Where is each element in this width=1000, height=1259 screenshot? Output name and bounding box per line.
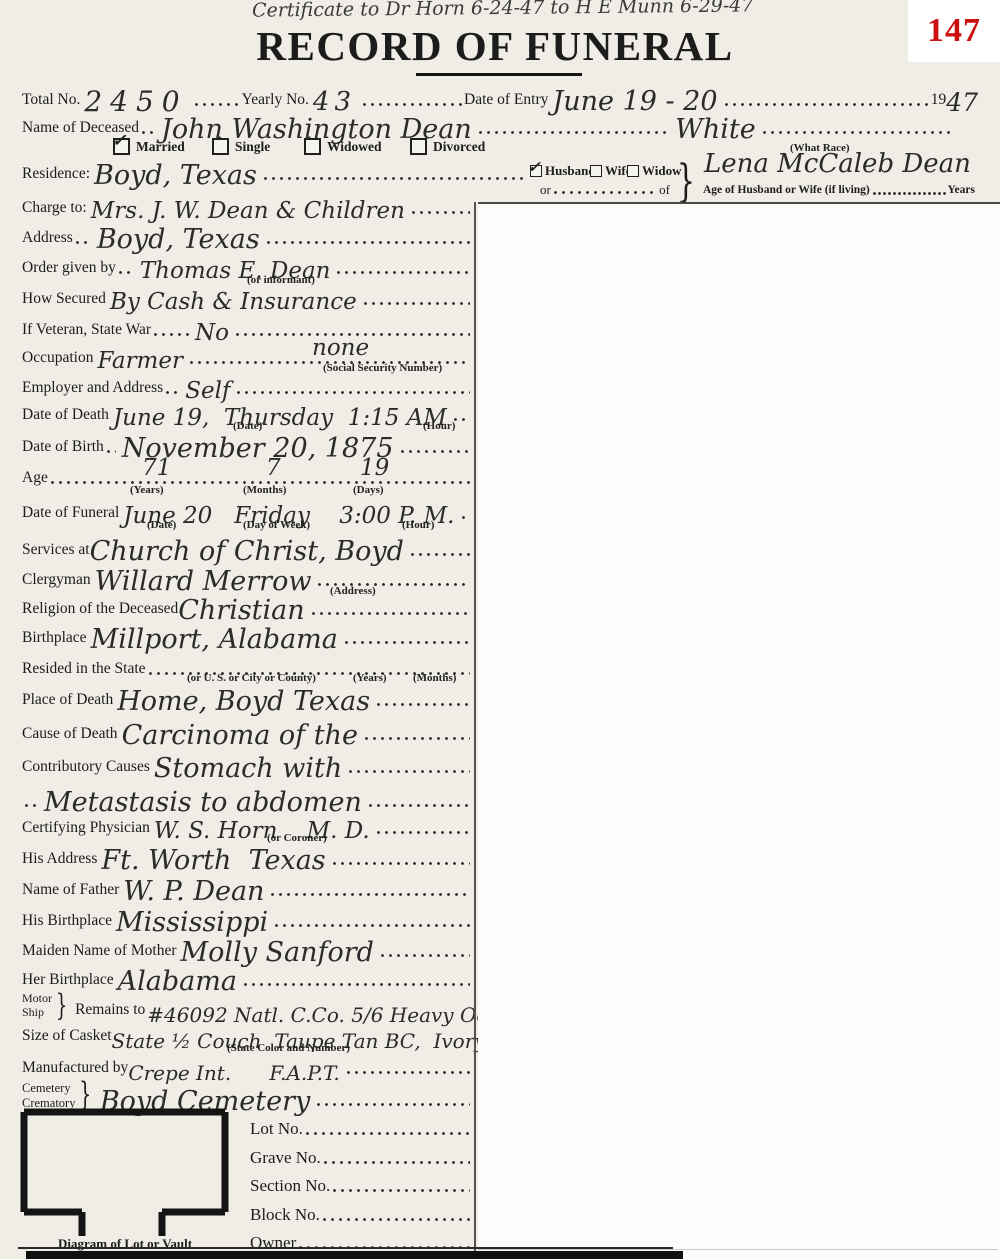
- divorced-checkbox-box: [410, 138, 427, 155]
- birthplace-row: Birthplace Millport, Alabama: [22, 622, 472, 648]
- divorced-label: Divorced: [433, 139, 485, 155]
- father-name-label: Name of Father: [22, 881, 119, 900]
- cause-of-death-row: Cause of Death Carcinoma of the: [22, 718, 472, 744]
- dotted-leader: [478, 130, 669, 135]
- cemetery-row: Cemetery Crematory } Boyd Cemetery: [22, 1076, 472, 1110]
- printed-rule: [416, 73, 582, 76]
- charge-to-value: Mrs. J. W. Dean & Children: [91, 201, 405, 222]
- mother-name-row: Maiden Name of Mother Molly Sanford: [22, 935, 472, 961]
- lot-no-row: Lot No.: [250, 1113, 472, 1139]
- single-label: Single: [235, 139, 270, 155]
- dotted-leader: [410, 552, 470, 557]
- cemetery-label: Cemetery: [22, 1081, 75, 1095]
- dotted-leader: [263, 176, 523, 181]
- residence-value: Boyd, Texas: [94, 164, 257, 188]
- certifying-physician-value: W. S. Horn M. D.: [154, 821, 370, 842]
- date-of-birth-row: Date of Birth November 20, 1875: [22, 431, 472, 457]
- remains-to-label: Remains to: [75, 1001, 145, 1020]
- entry-row: Total No. 2450 Yearly No. 43 Date of Ent…: [22, 84, 978, 110]
- date-of-death-label: Date of Death: [22, 406, 109, 425]
- dotted-leader: [346, 1070, 470, 1075]
- employer-label: Employer and Address: [22, 379, 163, 398]
- checkbox-divorced: Divorced: [410, 138, 485, 155]
- checkbox-widowed: Widowed: [304, 138, 382, 155]
- clergyman-label: Clergyman: [22, 571, 91, 590]
- remains-to-row: Motor Ship } Remains to #46092 Natl. C.C…: [22, 988, 472, 1020]
- bottom-faint-line: [478, 1249, 998, 1250]
- single-checkbox-box: [212, 138, 229, 155]
- veteran-value: No: [195, 323, 229, 344]
- dotted-leader: [376, 702, 470, 707]
- ssn-value: none: [312, 338, 369, 359]
- race-value: White: [675, 118, 756, 142]
- dotted-leader: [368, 803, 470, 808]
- employer-row: Employer and Address Self: [22, 372, 472, 398]
- ship-label: Ship: [22, 1006, 52, 1020]
- residence-label: Residence:: [22, 165, 90, 184]
- or-label: or: [540, 182, 551, 198]
- motor-ship-stack: Motor Ship: [22, 992, 52, 1020]
- block-no-row: Block No.: [250, 1199, 472, 1225]
- dotted-leader: [305, 1131, 470, 1136]
- religion-label: Religion of the Deceased: [22, 600, 178, 619]
- contributory-label: Contributory Causes: [22, 758, 150, 777]
- wife-checkbox-box: [590, 165, 602, 177]
- widowed-label: Widowed: [327, 139, 382, 155]
- how-secured-value: By Cash & Insurance: [110, 292, 357, 313]
- cemetery-crematory-stack: Cemetery Crematory: [22, 1081, 75, 1110]
- address-label: Address: [22, 229, 73, 248]
- dotted-leader: [322, 1217, 470, 1222]
- date-of-funeral-label: Date of Funeral: [22, 504, 119, 523]
- birthplace-label: Birthplace: [22, 629, 87, 648]
- age-of-spouse-row: Age of Husband or Wife (if living) Years: [703, 180, 975, 198]
- date-of-death-value: June 19, Thursday 1:15 AM: [113, 408, 447, 429]
- mother-birthplace-row: Her Birthplace Alabama: [22, 964, 472, 990]
- grave-no-row: Grave No.: [250, 1142, 472, 1168]
- age-months-sublabel: (Months): [243, 484, 286, 496]
- dotted-leader: [362, 102, 462, 107]
- dotted-leader: [553, 190, 657, 195]
- dotted-leader: [311, 611, 470, 616]
- form-title: RECORD OF FUNERAL: [0, 22, 990, 70]
- contributory-continued-row: Metastasis to abdomen: [22, 785, 472, 811]
- owner-row: Owner: [250, 1227, 472, 1253]
- dotted-leader: [453, 417, 470, 422]
- check-mark-icon: ✓: [528, 158, 541, 176]
- spouse-name-value: Lena McCaleb Dean: [704, 153, 971, 176]
- physician-address-value: Ft. Worth Texas: [101, 849, 325, 873]
- cause-of-death-label: Cause of Death: [22, 725, 118, 744]
- checkbox-wife: Wife: [590, 163, 631, 179]
- dotted-leader: [376, 830, 470, 835]
- lot-vault-diagram: [20, 1108, 230, 1240]
- religion-value: Christian: [178, 599, 304, 623]
- mother-name-label: Maiden Name of Mother: [22, 942, 177, 961]
- dotted-leader: [461, 515, 471, 520]
- widowed-checkbox-box: [304, 138, 321, 155]
- block-no-label: Block No.: [250, 1205, 320, 1225]
- checkbox-single: Single: [212, 138, 270, 155]
- resided-sub1: (or U. S. or City or County): [187, 672, 316, 684]
- dotted-leader: [380, 953, 470, 958]
- dotted-leader: [266, 240, 470, 245]
- dotted-leader: [243, 982, 470, 987]
- yearly-no-value: 43: [313, 91, 356, 114]
- blank-overlay-sheet: [478, 202, 1000, 1259]
- section-no-label: Section No.: [250, 1176, 330, 1196]
- services-at-row: Services at Church of Christ, Boyd: [22, 534, 472, 560]
- year-value: 47: [946, 92, 978, 115]
- motor-label: Motor: [22, 992, 52, 1006]
- dotted-leader: [400, 449, 471, 454]
- mother-name-value: Molly Sanford: [181, 941, 374, 965]
- age-months-value: 7: [266, 458, 281, 479]
- dotted-leader: [363, 301, 470, 306]
- dotted-leader: [270, 892, 470, 897]
- casket-label: Size of Casket: [22, 1027, 112, 1046]
- dotted-leader: [106, 449, 116, 454]
- place-of-death-row: Place of Death Home, Boyd Texas: [22, 684, 472, 710]
- services-at-value: Church of Christ, Boyd: [90, 540, 404, 564]
- dotted-leader: [316, 1102, 470, 1107]
- father-name-value: W. P. Dean: [123, 880, 264, 904]
- physician-address-row: His Address Ft. Worth Texas: [22, 843, 472, 869]
- funeral-day-sublabel: (Day of Week): [243, 519, 310, 531]
- father-birthplace-row: His Birthplace Mississippi: [22, 905, 472, 931]
- father-name-row: Name of Father W. P. Dean: [22, 874, 472, 900]
- dotted-leader: [332, 861, 470, 866]
- contributory-value: Stomach with: [154, 757, 342, 781]
- place-of-death-label: Place of Death: [22, 691, 113, 710]
- resided-sub3: (Months): [413, 672, 456, 684]
- age-of-spouse-label: Age of Husband or Wife (if living): [703, 184, 870, 198]
- dotted-leader: [323, 1160, 470, 1165]
- remains-brace: }: [56, 988, 67, 1023]
- religion-row: Religion of the Deceased Christian: [22, 593, 472, 619]
- years-suffix-label: Years: [948, 184, 975, 198]
- lot-no-label: Lot No.: [250, 1119, 303, 1139]
- order-given-by-label: Order given by: [22, 259, 116, 278]
- column-divider-line: [474, 202, 476, 1259]
- dotted-leader: [724, 102, 929, 107]
- charge-to-row: Charge to: Mrs. J. W. Dean & Children: [22, 192, 472, 218]
- occupation-value: Farmer: [97, 351, 183, 372]
- funeral-hour-sublabel: (Hour): [402, 519, 434, 531]
- address-row: Address Boyd, Texas: [22, 222, 472, 248]
- dotted-leader: [364, 736, 470, 741]
- dotted-leader: [332, 1188, 470, 1193]
- grave-no-label: Grave No.: [250, 1148, 321, 1168]
- address-value: Boyd, Texas: [97, 228, 260, 252]
- spouse-brace: }: [677, 156, 695, 207]
- dotted-leader: [194, 102, 240, 107]
- funeral-date-sublabel: (Date): [147, 519, 176, 531]
- contributory-causes-row: Contributory Causes Stomach with: [22, 751, 472, 777]
- place-of-death-value: Home, Boyd Texas: [117, 690, 370, 714]
- widow-checkbox-box: [627, 165, 639, 177]
- dotted-leader: [411, 210, 470, 215]
- veteran-row: If Veteran, State War No: [22, 314, 472, 340]
- dotted-leader: [344, 640, 470, 645]
- checkbox-married: ✓ Married: [113, 138, 185, 155]
- age-years-sublabel: (Years): [130, 484, 164, 496]
- husband-checkbox-box: ✓: [530, 165, 542, 177]
- married-label: Married: [136, 139, 185, 155]
- resided-sub2: (Years): [353, 672, 387, 684]
- occupation-label: Occupation: [22, 349, 93, 368]
- section-no-row: Section No.: [250, 1170, 472, 1196]
- dotted-leader: [75, 240, 91, 245]
- age-days-value: 19: [360, 458, 389, 479]
- clergyman-value: Willard Merrow: [95, 570, 312, 594]
- certifying-physician-label: Certifying Physician: [22, 819, 150, 838]
- dotted-leader: [236, 390, 470, 395]
- of-label: of: [659, 182, 670, 198]
- dotted-leader: [141, 130, 155, 135]
- dotted-leader: [348, 769, 470, 774]
- dotted-leader: [165, 390, 179, 395]
- dotted-leader: [24, 803, 38, 808]
- certifying-physician-row: Certifying Physician W. S. Horn M. D.: [22, 812, 472, 838]
- married-checkbox-box: ✓: [113, 138, 130, 155]
- age-label: Age: [22, 469, 48, 488]
- veteran-label: If Veteran, State War: [22, 321, 151, 340]
- checkbox-husband: ✓ Husband: [530, 163, 596, 179]
- date-of-entry-value: June 19 - 20: [552, 90, 717, 114]
- charge-to-label: Charge to:: [22, 199, 87, 218]
- date-of-entry-label: Date of Entry: [464, 91, 548, 110]
- father-birthplace-label: His Birthplace: [22, 912, 112, 931]
- how-secured-row: How Secured By Cash & Insurance: [22, 283, 472, 309]
- name-of-deceased-row: Name of Deceased John Washington Dean Wh…: [22, 112, 955, 138]
- checkbox-widow: Widow: [627, 163, 682, 179]
- dotted-leader: [762, 130, 953, 135]
- cause-of-death-value: Carcinoma of the: [122, 724, 358, 748]
- age-years-value: 71: [142, 458, 171, 479]
- total-no-label: Total No.: [22, 91, 80, 110]
- dotted-leader: [336, 270, 470, 275]
- bottom-scan-edge: [26, 1251, 683, 1259]
- resided-label: Resided in the State: [22, 660, 146, 679]
- check-mark-icon: ✓: [112, 131, 126, 151]
- dotted-leader: [872, 191, 946, 195]
- funeral-record-page: Certificate to Dr Horn 6-24-47 to H E Mu…: [0, 0, 1000, 1259]
- husband-label: Husband: [545, 163, 596, 179]
- widow-label: Widow: [642, 163, 682, 179]
- owner-label: Owner: [250, 1233, 296, 1253]
- date-of-birth-label: Date of Birth: [22, 438, 104, 457]
- father-birthplace-value: Mississippi: [116, 911, 268, 935]
- year-prefix: 19: [931, 91, 947, 110]
- diagram-caption: Diagram of Lot or Vault: [58, 1236, 192, 1252]
- top-handwritten-annotation: Certificate to Dr Horn 6-24-47 to H E Mu…: [252, 0, 754, 22]
- age-days-sublabel: (Days): [353, 484, 384, 496]
- yearly-no-label: Yearly No.: [242, 91, 309, 110]
- dotted-leader: [274, 923, 470, 928]
- clergyman-row: Clergyman Willard Merrow: [22, 564, 472, 590]
- birthplace-value: Millport, Alabama: [91, 628, 338, 652]
- total-no-value: 2450: [84, 89, 187, 114]
- how-secured-label: How Secured: [22, 290, 106, 309]
- dotted-leader: [153, 332, 189, 337]
- residence-row: Residence: Boyd, Texas: [22, 158, 525, 184]
- physician-address-label: His Address: [22, 850, 97, 869]
- dotted-leader: [118, 270, 134, 275]
- or-of-row: or of: [540, 178, 670, 198]
- services-at-label: Services at: [22, 541, 90, 560]
